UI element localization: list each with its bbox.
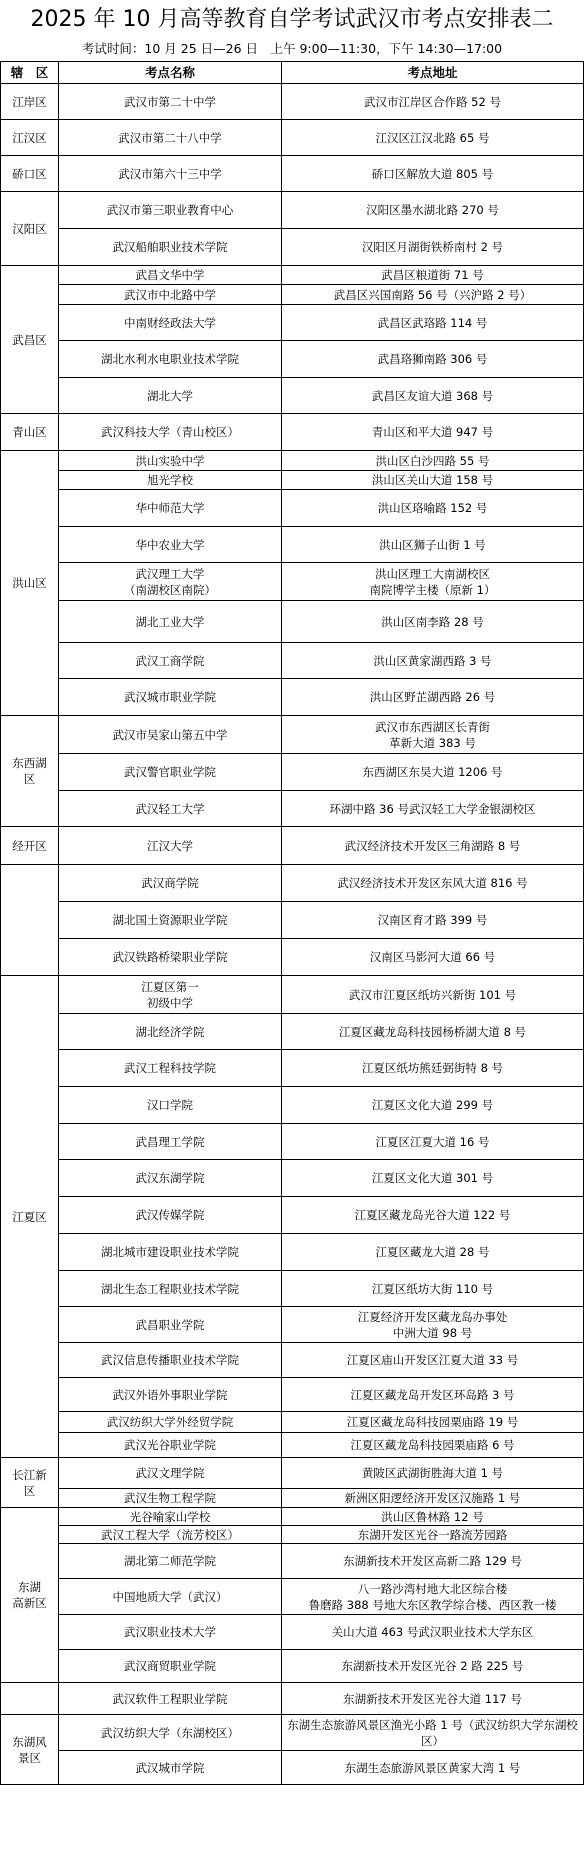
site-name-cell: 湖北生态工程职业技术学院 <box>59 1271 282 1307</box>
site-name-cell: 武汉铁路桥梁职业学院 <box>59 939 282 976</box>
site-name-cell: 湖北第二师范学院 <box>59 1544 282 1579</box>
table-row: 洪山区洪山实验中学洪山区白沙四路 55 号 <box>1 451 584 471</box>
site-name-cell: 武汉纺织大学（东湖校区） <box>59 1715 282 1751</box>
district-cell: 经开区 <box>1 827 59 865</box>
site-address-cell: 武汉经济技术开发区东风大道 816 号 <box>282 865 584 902</box>
site-name-cell: 武汉工程大学（流芳校区） <box>59 1526 282 1544</box>
table-row: 武汉职业技术大学关山大道 463 号武汉职业技术大学东区 <box>1 1615 584 1650</box>
site-address-cell: 武汉市江岸区合作路 52 号 <box>282 84 584 120</box>
table-row: 武汉城市学院东湖生态旅游风景区黄家大湾 1 号 <box>1 1751 584 1785</box>
table-row: 汉阳区武汉市第三职业教育中心汉阳区墨水湖北路 270 号 <box>1 192 584 229</box>
site-address-cell: 江夏区藏龙岛科技园栗庙路 6 号 <box>282 1433 584 1458</box>
site-address-cell: 江夏区藏龙岛光谷大道 122 号 <box>282 1197 584 1234</box>
table-body: 江岸区武汉市第二十中学武汉市江岸区合作路 52 号江汉区武汉市第二十八中学江汉区… <box>1 84 584 1785</box>
table-row: 长江新区武汉文理学院黄陂区武湖街胜海大道 1 号 <box>1 1458 584 1489</box>
site-name-cell: 光谷喻家山学校 <box>59 1508 282 1526</box>
site-address-cell: 江夏区藏龙大道 28 号 <box>282 1234 584 1271</box>
district-cell: 长江新区 <box>1 1458 59 1508</box>
table-row: 武汉工程大学（流芳校区）东湖开发区光谷一路流芳园路 <box>1 1526 584 1544</box>
site-name-cell: 中国地质大学（武汉） <box>59 1579 282 1615</box>
site-address-cell: 江夏经济开发区藏龙岛办事处中洲大道 98 号 <box>282 1307 584 1343</box>
site-name-cell: 湖北经济学院 <box>59 1014 282 1050</box>
site-address-cell: 硚口区解放大道 805 号 <box>282 156 584 192</box>
site-address-cell: 江夏区江夏大道 16 号 <box>282 1124 584 1160</box>
site-address-cell: 八一路沙湾村地大北区综合楼鲁磨路 388 号地大东区教学综合楼、西区教一楼 <box>282 1579 584 1615</box>
table-row: 武汉生物工程学院新洲区阳逻经济开发区汉施路 1 号 <box>1 1489 584 1508</box>
district-cell <box>1 865 59 976</box>
table-row: 武汉信息传播职业技术学院江夏区庙山开发区江夏大道 33 号 <box>1 1343 584 1378</box>
table-row: 青山区武汉科技大学（青山校区）青山区和平大道 947 号 <box>1 414 584 451</box>
site-name-cell: 武汉科技大学（青山校区） <box>59 414 282 451</box>
site-address-cell: 江汉区江汉北路 65 号 <box>282 120 584 156</box>
site-name-cell: 武汉市吴家山第五中学 <box>59 716 282 754</box>
site-name-cell: 武昌理工学院 <box>59 1124 282 1160</box>
table-row: 硚口区武汉市第六十三中学硚口区解放大道 805 号 <box>1 156 584 192</box>
district-cell: 硚口区 <box>1 156 59 192</box>
site-name-cell: 武汉外语外事职业学院 <box>59 1378 282 1412</box>
site-address-cell: 东湖开发区光谷一路流芳园路 <box>282 1526 584 1544</box>
site-address-cell: 江夏区藏龙岛科技园栗庙路 19 号 <box>282 1412 584 1433</box>
site-name-cell: 武汉纺织大学外经贸学院 <box>59 1412 282 1433</box>
site-name-cell: 武汉理工大学（南湖校区南院） <box>59 563 282 601</box>
table-row: 武汉传媒学院江夏区藏龙岛光谷大道 122 号 <box>1 1197 584 1234</box>
site-address-cell: 东西湖区东吴大道 1206 号 <box>282 754 584 791</box>
table-row: 武汉外语外事职业学院江夏区藏龙岛开发区环岛路 3 号 <box>1 1378 584 1412</box>
table-row: 武汉工商学院洪山区黄家湖西路 3 号 <box>1 643 584 679</box>
site-address-cell: 洪山区南李路 28 号 <box>282 601 584 643</box>
district-cell: 江夏区 <box>1 976 59 1458</box>
site-name-cell: 旭光学校 <box>59 471 282 490</box>
site-name-cell: 武汉轻工大学 <box>59 791 282 827</box>
table-row: 武汉商学院武汉经济技术开发区东风大道 816 号 <box>1 865 584 902</box>
site-address-cell: 汉阳区月湖街铁桥南村 2 号 <box>282 229 584 266</box>
site-name-cell: 湖北城市建设职业技术学院 <box>59 1234 282 1271</box>
site-address-cell: 东湖新技术开发区光谷大道 117 号 <box>282 1683 584 1715</box>
site-address-cell: 洪山区理工大南湖校区南院博学主楼（原新 1） <box>282 563 584 601</box>
site-name-cell: 武汉市第二十八中学 <box>59 120 282 156</box>
site-name-cell: 武汉光谷职业学院 <box>59 1433 282 1458</box>
site-address-cell: 武汉市东西湖区长青街革新大道 383 号 <box>282 716 584 754</box>
site-address-cell: 江夏区藏龙岛科技园杨桥湖大道 8 号 <box>282 1014 584 1050</box>
district-cell: 江汉区 <box>1 120 59 156</box>
site-name-cell: 洪山实验中学 <box>59 451 282 471</box>
site-name-cell: 华中农业大学 <box>59 527 282 563</box>
site-address-cell: 洪山区黄家湖西路 3 号 <box>282 643 584 679</box>
site-name-cell: 武汉市中北路中学 <box>59 285 282 305</box>
site-address-cell: 江夏区文化大道 299 号 <box>282 1087 584 1124</box>
table-row: 武汉软件工程职业学院东湖新技术开发区光谷大道 117 号 <box>1 1683 584 1715</box>
site-name-cell: 湖北国土资源职业学院 <box>59 902 282 939</box>
exam-site-table: 辖 区 考点名称 考点地址 江岸区武汉市第二十中学武汉市江岸区合作路 52 号江… <box>0 61 584 1785</box>
table-row: 武汉市中北路中学武昌区兴国南路 56 号（兴沪路 2 号） <box>1 285 584 305</box>
district-cell: 东湖高新区 <box>1 1508 59 1683</box>
table-row: 武汉警官职业学院东西湖区东吴大道 1206 号 <box>1 754 584 791</box>
table-row: 武汉轻工大学环湖中路 36 号武汉轻工大学金银湖校区 <box>1 791 584 827</box>
header-district: 辖 区 <box>1 62 59 84</box>
site-address-cell: 武昌珞狮南路 306 号 <box>282 341 584 378</box>
table-row: 湖北工业大学洪山区南李路 28 号 <box>1 601 584 643</box>
site-name-cell: 武昌职业学院 <box>59 1307 282 1343</box>
site-name-cell: 武汉城市职业学院 <box>59 679 282 716</box>
site-name-cell: 武汉文理学院 <box>59 1458 282 1489</box>
site-address-cell: 洪山区白沙四路 55 号 <box>282 451 584 471</box>
site-address-cell: 东湖生态旅游风景区渔光小路 1 号（武汉纺织大学东湖校区） <box>282 1715 584 1751</box>
site-name-cell: 武汉职业技术大学 <box>59 1615 282 1650</box>
table-row: 武汉光谷职业学院江夏区藏龙岛科技园栗庙路 6 号 <box>1 1433 584 1458</box>
site-address-cell: 洪山区珞喻路 152 号 <box>282 490 584 527</box>
site-address-cell: 洪山区关山大道 158 号 <box>282 471 584 490</box>
site-name-cell: 武汉工程科技学院 <box>59 1050 282 1087</box>
site-name-cell: 湖北工业大学 <box>59 601 282 643</box>
district-cell: 东西湖区 <box>1 716 59 827</box>
table-row: 湖北国土资源职业学院汉南区育才路 399 号 <box>1 902 584 939</box>
table-row: 武汉东湖学院江夏区文化大道 301 号 <box>1 1160 584 1197</box>
site-address-cell: 武昌区粮道街 71 号 <box>282 266 584 285</box>
site-address-cell: 江夏区藏龙岛开发区环岛路 3 号 <box>282 1378 584 1412</box>
table-row: 湖北经济学院江夏区藏龙岛科技园杨桥湖大道 8 号 <box>1 1014 584 1050</box>
table-row: 江夏区江夏区第一初级中学武汉市江夏区纸坊兴新街 101 号 <box>1 976 584 1014</box>
table-row: 武汉商贸职业学院东湖新技术开发区光谷 2 路 225 号 <box>1 1650 584 1683</box>
exam-time-subtitle: 考试时间：10 月 25 日—26 日 上午 9:00—11:30，下午 14:… <box>0 40 584 58</box>
table-row: 湖北生态工程职业技术学院江夏区纸坊大街 110 号 <box>1 1271 584 1307</box>
header-site-name: 考点名称 <box>59 62 282 84</box>
site-name-cell: 武汉市第三职业教育中心 <box>59 192 282 229</box>
district-cell: 汉阳区 <box>1 192 59 266</box>
district-cell: 江岸区 <box>1 84 59 120</box>
site-address-cell: 江夏区文化大道 301 号 <box>282 1160 584 1197</box>
site-address-cell: 青山区和平大道 947 号 <box>282 414 584 451</box>
table-row: 旭光学校洪山区关山大道 158 号 <box>1 471 584 490</box>
district-cell: 东湖风景区 <box>1 1715 59 1785</box>
document-title: 2025 年 10 月高等教育自学考试武汉市考点安排表二 <box>0 6 584 34</box>
table-row: 中国地质大学（武汉）八一路沙湾村地大北区综合楼鲁磨路 388 号地大东区教学综合… <box>1 1579 584 1615</box>
site-name-cell: 武汉警官职业学院 <box>59 754 282 791</box>
table-row: 武汉铁路桥梁职业学院汉南区马影河大道 66 号 <box>1 939 584 976</box>
site-address-cell: 武昌区武珞路 114 号 <box>282 305 584 341</box>
site-address-cell: 武昌区友谊大道 368 号 <box>282 378 584 414</box>
district-cell: 洪山区 <box>1 451 59 716</box>
table-row: 武昌职业学院江夏经济开发区藏龙岛办事处中洲大道 98 号 <box>1 1307 584 1343</box>
site-name-cell: 武汉东湖学院 <box>59 1160 282 1197</box>
site-name-cell: 武汉商学院 <box>59 865 282 902</box>
table-row: 经开区江汉大学武汉经济技术开发区三角湖路 8 号 <box>1 827 584 865</box>
site-address-cell: 黄陂区武湖街胜海大道 1 号 <box>282 1458 584 1489</box>
table-row: 武汉船舶职业技术学院汉阳区月湖街铁桥南村 2 号 <box>1 229 584 266</box>
site-address-cell: 东湖新技术开发区光谷 2 路 225 号 <box>282 1650 584 1683</box>
table-row: 武昌理工学院江夏区江夏大道 16 号 <box>1 1124 584 1160</box>
site-name-cell: 武汉信息传播职业技术学院 <box>59 1343 282 1378</box>
site-address-cell: 江夏区纸坊熊廷弼街特 8 号 <box>282 1050 584 1087</box>
table-row: 东湖高新区光谷喻家山学校洪山区鲁林路 12 号 <box>1 1508 584 1526</box>
table-row: 湖北城市建设职业技术学院江夏区藏龙大道 28 号 <box>1 1234 584 1271</box>
site-name-cell: 中南财经政法大学 <box>59 305 282 341</box>
site-address-cell: 汉阳区墨水湖北路 270 号 <box>282 192 584 229</box>
site-address-cell: 江夏区庙山开发区江夏大道 33 号 <box>282 1343 584 1378</box>
site-address-cell: 武汉经济技术开发区三角湖路 8 号 <box>282 827 584 865</box>
site-address-cell: 东湖新技术开发区高新二路 129 号 <box>282 1544 584 1579</box>
table-row: 东湖风景区武汉纺织大学（东湖校区）东湖生态旅游风景区渔光小路 1 号（武汉纺织大… <box>1 1715 584 1751</box>
site-address-cell: 东湖生态旅游风景区黄家大湾 1 号 <box>282 1751 584 1785</box>
site-name-cell: 湖北水利水电职业技术学院 <box>59 341 282 378</box>
site-address-cell: 汉南区育才路 399 号 <box>282 902 584 939</box>
table-row: 湖北大学武昌区友谊大道 368 号 <box>1 378 584 414</box>
table-header-row: 辖 区 考点名称 考点地址 <box>1 62 584 84</box>
district-cell <box>1 1683 59 1715</box>
district-cell: 武昌区 <box>1 266 59 414</box>
site-address-cell: 环湖中路 36 号武汉轻工大学金银湖校区 <box>282 791 584 827</box>
site-name-cell: 武汉传媒学院 <box>59 1197 282 1234</box>
site-name-cell: 武汉城市学院 <box>59 1751 282 1785</box>
site-name-cell: 武汉市第二十中学 <box>59 84 282 120</box>
header-site-address: 考点地址 <box>282 62 584 84</box>
site-name-cell: 武汉商贸职业学院 <box>59 1650 282 1683</box>
site-name-cell: 江夏区第一初级中学 <box>59 976 282 1014</box>
site-name-cell: 湖北大学 <box>59 378 282 414</box>
table-row: 江汉区武汉市第二十八中学江汉区江汉北路 65 号 <box>1 120 584 156</box>
table-row: 中南财经政法大学武昌区武珞路 114 号 <box>1 305 584 341</box>
site-address-cell: 江夏区纸坊大街 110 号 <box>282 1271 584 1307</box>
site-name-cell: 武昌文华中学 <box>59 266 282 285</box>
site-address-cell: 武汉市江夏区纸坊兴新街 101 号 <box>282 976 584 1014</box>
site-name-cell: 武汉工商学院 <box>59 643 282 679</box>
table-row: 东西湖区武汉市吴家山第五中学武汉市东西湖区长青街革新大道 383 号 <box>1 716 584 754</box>
site-name-cell: 武汉船舶职业技术学院 <box>59 229 282 266</box>
site-name-cell: 武汉市第六十三中学 <box>59 156 282 192</box>
site-address-cell: 新洲区阳逻经济开发区汉施路 1 号 <box>282 1489 584 1508</box>
site-name-cell: 江汉大学 <box>59 827 282 865</box>
site-name-cell: 华中师范大学 <box>59 490 282 527</box>
table-row: 湖北第二师范学院东湖新技术开发区高新二路 129 号 <box>1 1544 584 1579</box>
site-address-cell: 武昌区兴国南路 56 号（兴沪路 2 号） <box>282 285 584 305</box>
table-row: 武汉理工大学（南湖校区南院）洪山区理工大南湖校区南院博学主楼（原新 1） <box>1 563 584 601</box>
site-address-cell: 洪山区狮子山街 1 号 <box>282 527 584 563</box>
table-row: 湖北水利水电职业技术学院武昌珞狮南路 306 号 <box>1 341 584 378</box>
site-name-cell: 武汉生物工程学院 <box>59 1489 282 1508</box>
table-row: 汉口学院江夏区文化大道 299 号 <box>1 1087 584 1124</box>
site-address-cell: 洪山区鲁林路 12 号 <box>282 1508 584 1526</box>
table-row: 江岸区武汉市第二十中学武汉市江岸区合作路 52 号 <box>1 84 584 120</box>
site-address-cell: 关山大道 463 号武汉职业技术大学东区 <box>282 1615 584 1650</box>
district-cell: 青山区 <box>1 414 59 451</box>
site-address-cell: 洪山区野芷湖西路 26 号 <box>282 679 584 716</box>
table-row: 华中农业大学洪山区狮子山街 1 号 <box>1 527 584 563</box>
site-address-cell: 汉南区马影河大道 66 号 <box>282 939 584 976</box>
table-row: 武昌区武昌文华中学武昌区粮道街 71 号 <box>1 266 584 285</box>
table-row: 武汉城市职业学院洪山区野芷湖西路 26 号 <box>1 679 584 716</box>
site-name-cell: 汉口学院 <box>59 1087 282 1124</box>
table-row: 武汉工程科技学院江夏区纸坊熊廷弼街特 8 号 <box>1 1050 584 1087</box>
table-row: 武汉纺织大学外经贸学院江夏区藏龙岛科技园栗庙路 19 号 <box>1 1412 584 1433</box>
table-row: 华中师范大学洪山区珞喻路 152 号 <box>1 490 584 527</box>
site-name-cell: 武汉软件工程职业学院 <box>59 1683 282 1715</box>
